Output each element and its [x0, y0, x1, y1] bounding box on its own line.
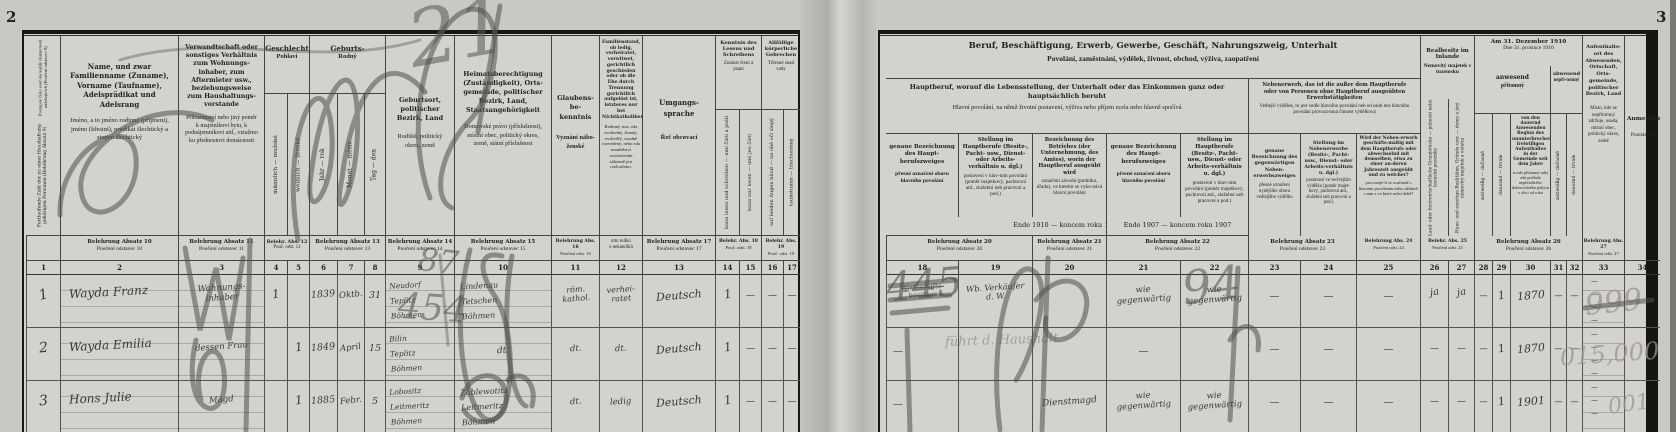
r-row3-c18: —: [886, 381, 958, 432]
occupation-band: Beruf, Beschäftigung, Erwerb, Gewerbe, G…: [886, 36, 1420, 79]
r-row1-c28-value: —: [1480, 291, 1488, 300]
r-row3-c21-line2: gegenwärtig: [1116, 399, 1171, 413]
pencil-mark-445: 445: [884, 259, 964, 311]
birth-header-de: Geburts-: [310, 44, 385, 53]
occupation-band-de: Beruf, Beschäftigung, Erwerb, Gewerbe, G…: [886, 41, 1420, 51]
footer-col18-19-cz: Poučení odstavec 20: [887, 246, 1032, 253]
footer-col3-cz: Poučení odstavec 11: [179, 246, 264, 253]
row1-number: 1: [26, 275, 60, 328]
r-row3-c28-value: —: [1480, 397, 1488, 406]
col6-year-header: Jahr — rok: [309, 94, 337, 236]
r-row2-c22: [1180, 328, 1248, 381]
row2-home-right: dt.: [454, 328, 551, 381]
row2-rel-value: dessen Frau: [195, 340, 248, 354]
col25-cz: provozuje-li se současně s hlavním povol…: [1359, 180, 1418, 196]
footer-col26-27-cz: Poučení odst. 25: [1421, 245, 1474, 251]
r-row3-c25: —: [1356, 381, 1420, 432]
footer-col20-cz: Poučení odstavec 21: [1033, 246, 1106, 253]
r-row1-c26: ja: [1420, 275, 1448, 328]
col34-cz: Poznámka: [1627, 132, 1658, 138]
deaf-label: taubstumm — hluchoněmý: [784, 110, 800, 235]
r-row3-c20-value: Dienstmagd: [1042, 395, 1097, 409]
left-page-table: Fortlaufende Zahl der zu einer Haushaltu…: [22, 30, 800, 432]
r-row2-c26: —: [1420, 328, 1448, 381]
real-estate-de: Realbesitz im Inlande: [1421, 48, 1474, 60]
row2-read-only: —: [739, 328, 761, 381]
row2-read-write: 1: [715, 328, 739, 381]
row2-deaf: —: [783, 328, 800, 381]
footer-col20-de: Belehrung Absatz 21: [1033, 239, 1106, 246]
r-row2-c28: —: [1474, 328, 1492, 381]
birthplace-header-cz: Rodiště, politický okres, země: [390, 133, 450, 150]
r-row1-c25: —: [1356, 275, 1420, 328]
ende-1910-label: Ende 1910 — koncem roku 1910: [1013, 221, 1121, 229]
colnum-29: 29: [1492, 261, 1510, 275]
row2-month-value: April: [340, 342, 362, 354]
main-occupation-band: Hauptberuf, worauf die Lebensstellung, d…: [886, 79, 1248, 134]
row3-blind: —: [761, 381, 783, 432]
r-row3-c32-value: —: [1571, 397, 1579, 406]
row2-c16-value: —: [768, 344, 777, 354]
col19-cz: postavení v hlav-ním povolání (poměr maj…: [962, 173, 1029, 198]
r-row3-c22-line2: gegenwärtig: [1187, 399, 1242, 413]
footer-col2-cz: Poučení odstavec 10: [61, 246, 178, 253]
row1-religion: röm. kathol.: [551, 275, 599, 328]
footer-col26-27: Belehr. Abs. 25 Poučení odst. 25: [1420, 236, 1474, 261]
footer-col13-de: Belehrung Absatz 17: [643, 239, 715, 246]
r-row2-c21: —: [1106, 328, 1180, 381]
row3-read-write: 1: [715, 381, 739, 432]
colnum-20: 20: [1032, 261, 1106, 275]
r-row3-c26: —: [1420, 381, 1448, 432]
row2-marital: dt.: [599, 328, 642, 381]
col26-header: Land- oder forstwirtschaftliche Grundstü…: [1420, 99, 1448, 236]
row1-no-value: 1: [37, 286, 50, 304]
row3-home-right: Zablewotitz Leitmeritz Böhmen: [454, 381, 551, 432]
footer-col3-de: Belehrung Absatz 11: [179, 239, 264, 246]
col7-month-header: Monat — měsíc: [337, 94, 364, 236]
r-row1-c29-value: 1: [1497, 288, 1506, 302]
row1-c16-value: —: [768, 291, 777, 301]
row1-home-right: Lindenau Tetschen Böhmen: [454, 275, 551, 328]
row2-day-value: 15: [369, 343, 381, 354]
col27-label: Haus- und sonstige Realitäten, Gründe us…: [1449, 99, 1474, 236]
religion-header-cz: Vyznání nábo-ženské: [555, 134, 596, 152]
row3-religion: dt.: [551, 381, 599, 432]
footer-col3: Belehrung Absatz 11 Poučení odstavec 11: [178, 236, 264, 261]
r-row3-c32: —: [1566, 381, 1582, 432]
footer-col14-15: Belehr. Abs. 18 Pouč. odst. 18: [715, 236, 761, 261]
row2-birthplace: Bilin Teplitz Böhmen: [385, 328, 454, 381]
row3-relationship: Magd: [178, 381, 264, 432]
col2-name-header: Name, und zwar Familienname (Zuname), Vo…: [60, 36, 178, 236]
footer-col14-15-cz: Pouč. odst. 18: [716, 245, 761, 251]
row3-read-only: —: [739, 381, 761, 432]
r-row2-c33-d4: —: [1591, 369, 1598, 377]
col32-label: dauernd — trvale: [1567, 114, 1582, 236]
row2-bp-2: Teplitz: [390, 348, 416, 358]
footer-col16-17-de: Belehr. Abs. 19: [762, 239, 800, 251]
col28-label: zeitweilig — dočasně: [1475, 114, 1492, 236]
colnum-21: 21: [1106, 261, 1180, 275]
col22-header: Stellung im Hauptberufe (Besitz-, Pacht-…: [1180, 134, 1248, 217]
r-row3-c25-value: —: [1384, 397, 1394, 408]
row3-c14-value: 1: [723, 392, 733, 407]
col32-header: dauernd — trvale: [1566, 114, 1582, 236]
r-row3-c19: [958, 381, 1032, 432]
row2-c14-value: 1: [723, 339, 733, 354]
literacy-header-de: Kenntnis des Lesens und Schreibens: [718, 40, 759, 58]
r-row2-c30-value: 1870: [1516, 341, 1545, 356]
r-row2-c29: 1: [1492, 328, 1510, 381]
row2-bp-3: Böhmen: [391, 363, 423, 374]
row1-read-write: 1: [715, 275, 739, 328]
footer-col4-5-cz: Pouč. odst. 12: [265, 245, 309, 251]
r-row1-c26-value: ja: [1429, 286, 1440, 298]
footer-col11-de: Belehrung Abs. 16: [552, 239, 599, 251]
absent-de: abwesend: [1551, 71, 1582, 77]
footer-col6-8-de: Belehrung Absatz 13: [310, 239, 385, 246]
row3-birthplace: Lobositz Leitmeritz Böhmen: [385, 381, 454, 432]
col25-de: Wird der Neben-erwerb geschäfts-mäßig mi…: [1359, 136, 1418, 178]
row3-no-value: 3: [38, 393, 49, 410]
row2-birth-day: 15: [364, 328, 385, 381]
col33-cz: Místo, kde se nepřítomný zdržuje, osada,…: [1585, 106, 1622, 145]
footer-col33-cz: Poučení odst. 27: [1583, 251, 1624, 257]
r-row2-c24: —: [1300, 328, 1356, 381]
row1-language: Deutsch: [642, 275, 715, 328]
col27-header: Haus- und sonstige Realitäten, Gründe us…: [1448, 99, 1474, 236]
colnum-10: 10: [454, 261, 551, 275]
row1-c15-value: —: [746, 291, 755, 301]
row3-birth-day: 5: [364, 381, 385, 432]
row3-year-value: 1885: [311, 394, 336, 407]
row1-day-value: 31: [369, 290, 381, 301]
defects-group-header: Allfällige körperliche Gebrechen Tělesné…: [761, 36, 800, 110]
pencil-mark-454: 454: [397, 286, 468, 332]
row2-no-value: 2: [38, 340, 49, 357]
footer-col28-32: Belehrung Absatz 26 Poučení odstavec 26: [1474, 236, 1582, 261]
r-row3-c33-d2: —: [1591, 396, 1598, 404]
footer-col13: Belehrung Absatz 17 Poučení odstavec 17: [642, 236, 715, 261]
footer-col11: Belehrung Abs. 16 Poučení odst. 16: [551, 236, 599, 261]
r-row1-c21-line2: gegenwärtig: [1116, 293, 1171, 307]
read-write-label: kann lesen und schreiben — umí čísti a p…: [716, 110, 739, 235]
row1-blind: —: [761, 275, 783, 328]
col31-label: zeitweilig — dočasně: [1551, 114, 1566, 236]
r-row2-c29-value: 1: [1497, 341, 1506, 355]
footer-col18-19: Belehrung Absatz 20 Poučení odstavec 20: [886, 236, 1032, 261]
r-row1-c23-value: —: [1270, 291, 1280, 302]
census-sheet-scan: 2 3 Fortlaufende Zahl der zu einer Haush…: [0, 0, 1676, 432]
footer-col12-line2: u nekatolíků: [600, 245, 642, 251]
r-row3-c26-value: —: [1430, 397, 1439, 407]
r-row3-c24-value: —: [1324, 397, 1334, 408]
colnum-34: 34: [1624, 261, 1660, 275]
r-row3-c27: —: [1448, 381, 1474, 432]
col23-de: genaue Bezeichnung des gegenwärtigen Neb…: [1251, 148, 1298, 179]
colnum-7: 7: [337, 261, 364, 275]
row1-lang-value: Deutsch: [656, 287, 703, 304]
row3-female-value: 1: [294, 393, 304, 408]
r-row1-c30: 1870: [1510, 275, 1550, 328]
colnum-32: 32: [1566, 261, 1582, 275]
colnum-11: 11: [551, 261, 599, 275]
col25-header: Wird der Neben-erwerb geschäfts-mäßig mi…: [1356, 134, 1420, 236]
colnum-12: 12: [599, 261, 642, 275]
r-row2-c23-value: —: [1270, 344, 1280, 355]
colnum-28: 28: [1474, 261, 1492, 275]
colnum-19: 19: [958, 261, 1032, 275]
r-row2-c27-value: —: [1457, 344, 1466, 354]
col20-cz: označení závodu (podniku, úřadu), ve kte…: [1036, 178, 1103, 197]
colnum-16: 16: [761, 261, 783, 275]
r-row3-c30: 1901: [1510, 381, 1550, 432]
colnum-8: 8: [364, 261, 385, 275]
row1-name: Wayda Franz: [60, 275, 178, 328]
row1-deaf: —: [783, 275, 800, 328]
footer-col23-24-cz: Poučení odstavec 23: [1249, 246, 1356, 253]
row3-language: Deutsch: [642, 381, 715, 432]
row2-religion: dt.: [551, 328, 599, 381]
row2-blind: —: [761, 328, 783, 381]
row1-fam-value: verhei- ratet: [603, 284, 638, 304]
r-row3-c33-d1: —: [1591, 383, 1598, 391]
r-row1-c29: 1: [1492, 275, 1510, 328]
colnum-33: 33: [1582, 261, 1624, 275]
footer-col18-19-de: Belehrung Absatz 20: [887, 239, 1032, 246]
r-row1-c21: wie gegenwärtig: [1106, 275, 1180, 328]
r-row1-c19-line2: d. W.: [986, 291, 1006, 301]
row2-birth-year: 1849: [309, 328, 337, 381]
r-row1-c27: ja: [1448, 275, 1474, 328]
colnum-14: 14: [715, 261, 739, 275]
col33-de: Aufenthalts-ort des Abwesenden, Ortschaf…: [1585, 44, 1622, 98]
r-row3-c31: —: [1550, 381, 1566, 432]
r-row1-c23: —: [1248, 275, 1300, 328]
row2-fam-value: dt.: [615, 344, 627, 355]
colnum-25: 25: [1356, 261, 1420, 275]
side-earnings-cz: Vedlejší výdělek, to jest vedle hlavního…: [1255, 104, 1414, 117]
row2-bp-1: Bilin: [389, 334, 407, 344]
r-row1-c32-value: —: [1571, 291, 1579, 300]
row1-year-value: 1839: [311, 288, 336, 301]
birthplace-header-de: Geburtsort, politischer Bezirk, Land: [390, 96, 450, 123]
row1-month-value: Oktb.: [339, 289, 364, 301]
row2-c17-value: —: [788, 344, 797, 354]
marital-header-de: Familienstand, ob ledig, verheiratet, ve…: [602, 40, 640, 120]
row3-bp-1: Lobositz: [389, 386, 421, 397]
footer-col2-de: Belehrung Absatz 10: [61, 239, 178, 246]
footer-col6-8-cz: Poučení odstavec 13: [310, 246, 385, 253]
col18-de: genaue Bezeichnung des Haupt-berufszweig…: [889, 144, 955, 166]
pencil-mark-87: 87: [416, 240, 460, 282]
r-row1-c24: —: [1300, 275, 1356, 328]
r-row3-c24: —: [1300, 381, 1356, 432]
blind-label: auf beiden Augen blind — na obě oči slep…: [762, 110, 783, 235]
row3-birth-month: Febr.: [337, 381, 364, 432]
row2-male: [264, 328, 287, 381]
r-row1-c20: [1032, 275, 1106, 328]
row2-female-value: 1: [294, 340, 304, 355]
month-label: Monat — měsíc: [338, 94, 364, 235]
row3-number: 3: [26, 381, 60, 432]
main-occupation-cz: Hlavní povolání, na němž životní postave…: [906, 104, 1228, 112]
col28-header: zeitweilig — dočasně: [1474, 114, 1492, 236]
book-gutter: [800, 0, 878, 432]
r-row3-c28: —: [1474, 381, 1492, 432]
read-only-label: kann nur lesen — umí jen čísti: [740, 110, 761, 235]
pencil-mark-94: 94: [1179, 255, 1244, 316]
present-cz: přítomný: [1475, 83, 1550, 89]
r-row2-c26-value: —: [1430, 344, 1439, 354]
colnum-2: 2: [60, 261, 178, 275]
page-edge-shadow: [1670, 0, 1676, 432]
r-row2-c18-value: —: [893, 346, 903, 357]
r-row2-c25-value: —: [1384, 344, 1394, 355]
col24-header: Stellung im Nebenerwerbe (Besitz-, Pacht…: [1300, 134, 1356, 236]
row1-birth-month: Oktb.: [337, 275, 364, 328]
col8-day-header: Tag — den: [364, 94, 385, 236]
footer-col12: toto toliko u nekatolíků: [599, 236, 642, 261]
row1-relationship: Wohnungs- inhaber: [178, 275, 264, 328]
birth-header-cz: Rodný: [310, 53, 385, 60]
main-occupation-de: Hauptberuf, worauf die Lebensstellung, d…: [906, 83, 1228, 101]
footer-col16-17-cz: Pouč. odst. 19: [762, 251, 800, 257]
col3-relationship-header: Verwandtschaft oder sonstiges Verhältnis…: [178, 36, 264, 236]
r-row1-c25-value: —: [1384, 291, 1394, 302]
row1-read-only: —: [739, 275, 761, 328]
present-de: anwesend: [1475, 74, 1550, 81]
row2-number: 2: [26, 328, 60, 381]
right-page-number: 3: [1656, 8, 1666, 26]
col12-marital-header: Familienstand, ob ledig, verheiratet, ve…: [599, 36, 642, 236]
row3-lang-value: Deutsch: [656, 393, 703, 410]
colnum-30: 30: [1510, 261, 1550, 275]
sex-group-header: Geschlecht Pohlaví: [264, 36, 309, 94]
col1-running-number-header: Fortlaufende Zahl der zu einer Haushaltu…: [26, 36, 60, 236]
footer-col20: Belehrung Absatz 21 Poučení odstavec 21: [1032, 236, 1106, 261]
relationship-header-cz: Příbuzenství nebo jiný poměr k majetníko…: [184, 115, 259, 145]
row3-bp-2: Leitmeritz: [390, 401, 430, 412]
col34-de: Anmerkung: [1627, 116, 1658, 122]
colnum-24: 24: [1300, 261, 1356, 275]
footer-col11-cz: Poučení odst. 16: [552, 251, 599, 257]
r-row2-c25: —: [1356, 328, 1420, 381]
footer-col33-de: Belehrung Abs. 27: [1583, 239, 1624, 251]
row3-female: 1: [287, 381, 309, 432]
row3-marital: ledig: [599, 381, 642, 432]
footer-col33: Belehrung Abs. 27 Poučení odst. 27: [1582, 236, 1624, 261]
footer-col25-cz: Poučení odst. 24: [1357, 245, 1420, 251]
row2-name: Wayda Emilia: [60, 328, 178, 381]
row1-relig-value: röm. kathol.: [558, 284, 593, 304]
census-date-band: Am 31. Dezember 1910 Dne 31. prosince 19…: [1474, 36, 1582, 66]
footer-col13-cz: Poučení odstavec 17: [643, 246, 715, 253]
row1-c14-value: 1: [723, 286, 733, 301]
row1-birth-year: 1839: [309, 275, 337, 328]
row2-female: 1: [287, 328, 309, 381]
col22-de: Stellung im Hauptberufe (Besitz-, Pacht-…: [1184, 137, 1245, 178]
colnum-27: 27: [1448, 261, 1474, 275]
ende-1907-label: Ende 1907 — koncem roku 1907: [1124, 221, 1232, 229]
col19-header: Stellung im Hauptberufe (Besitz-, Pacht-…: [958, 134, 1032, 217]
footer-col34: [1624, 236, 1660, 261]
side-earnings-de: Nebenerwerb, das ist die außer dem Haupt…: [1255, 82, 1414, 102]
col30-cz: trvale přítomný udej zde počátek nepřetr…: [1512, 170, 1549, 196]
row3-bp-3: Böhmen: [391, 416, 423, 427]
row3-rel-value: Magd: [209, 394, 234, 406]
language-header-de: Umgangs-sprache: [651, 98, 707, 119]
r-row2-c27: —: [1448, 328, 1474, 381]
col19-de: Stellung im Hauptberufe (Besitz-, Pacht-…: [962, 137, 1029, 171]
col16-blind-header: auf beiden Augen blind — na obě oči slep…: [761, 110, 783, 236]
r-row2-c33-d1: —: [1591, 330, 1598, 338]
colnum-15: 15: [739, 261, 761, 275]
row1-birth-day: 31: [364, 275, 385, 328]
r-row1-c27-value: ja: [1456, 286, 1467, 298]
row2-lang-value: Deutsch: [656, 340, 703, 357]
col30-de: von den dauernd Anwesenden Beginn des un…: [1512, 116, 1549, 168]
col31-header: zeitweilig — dočasně: [1550, 114, 1566, 236]
footer-col10-cz: Poučení odstavec 15: [455, 246, 551, 253]
row1-c17-value: —: [788, 291, 797, 301]
col23-cz: přesné označení nynějšího oboru vedlejší…: [1251, 183, 1298, 201]
row1-marital: verhei- ratet: [599, 275, 642, 328]
r-row3-c21: wie gegenwärtig: [1106, 381, 1180, 432]
r-row1-c24-value: —: [1324, 291, 1334, 302]
footer-col6-8: Belehrung Absatz 13 Poučení odstavec 13: [309, 236, 385, 261]
ende-1907-band: Ende 1907 — koncem roku 1907: [1106, 217, 1248, 236]
literacy-header-cz: Znalost čtení a psaní: [718, 61, 759, 73]
row3-c17-value: —: [788, 397, 797, 407]
col4-male-header: männlich — mužské: [264, 94, 287, 236]
row2-relationship: dessen Frau: [178, 328, 264, 381]
side-earnings-band: Nebenerwerb, das ist die außer dem Haupt…: [1248, 79, 1420, 134]
real-estate-cz: Nemovitý majetek v tuzemsku: [1421, 63, 1474, 75]
relationship-header-de: Verwandtschaft oder sonstiges Verhältnis…: [184, 44, 259, 109]
row3-c15-value: —: [746, 397, 755, 407]
right-page-table: Beruf, Beschäftigung, Erwerb, Gewerbe, G…: [878, 30, 1658, 432]
row3-c16-value: —: [768, 397, 777, 407]
left-page-number: 2: [6, 8, 16, 26]
row3-relig-value: dt.: [569, 397, 581, 408]
footer-col2: Belehrung Absatz 10 Poučení odstavec 10: [60, 236, 178, 261]
footer-col28-32-de: Belehrung Absatz 26: [1475, 239, 1582, 246]
footer-col23-24: Belehrung Absatz 23 Poučení odstavec 23: [1248, 236, 1356, 261]
row3-fam-value: ledig: [610, 396, 632, 407]
row3-name-value: Hons Julie: [69, 389, 132, 406]
row3-deaf: —: [783, 381, 800, 432]
row3-home-3: Böhmen: [462, 417, 496, 428]
margin-number-999: 999: [1583, 282, 1644, 323]
col18-header: genaue Bezeichnung des Haupt-berufszweig…: [886, 134, 958, 217]
col21-header: genaue Bezeichnung des Haupt-berufszweig…: [1106, 134, 1180, 217]
row3-male: [264, 381, 287, 432]
r-row3-c30-value: 1901: [1516, 394, 1545, 409]
row3-month-value: Febr.: [340, 395, 363, 407]
col22-cz: postavení v hlav-ním povolání (poměr maj…: [1184, 180, 1245, 205]
footer-col10-de: Belehrung Absatz 15: [455, 239, 551, 246]
sex-header-de: Geschlecht: [265, 44, 309, 53]
language-header-cz: Řeč obcovací: [651, 133, 707, 142]
r-row2-c21-value: —: [1139, 346, 1149, 357]
r-row3-c29-value: 1: [1497, 394, 1506, 408]
col17-deaf-header: taubstumm — hluchoněmý: [783, 110, 800, 236]
day-label: Tag — den: [365, 94, 385, 235]
present-group-header: anwesend přítomný: [1474, 66, 1550, 114]
r-row2-c23: —: [1248, 328, 1300, 381]
